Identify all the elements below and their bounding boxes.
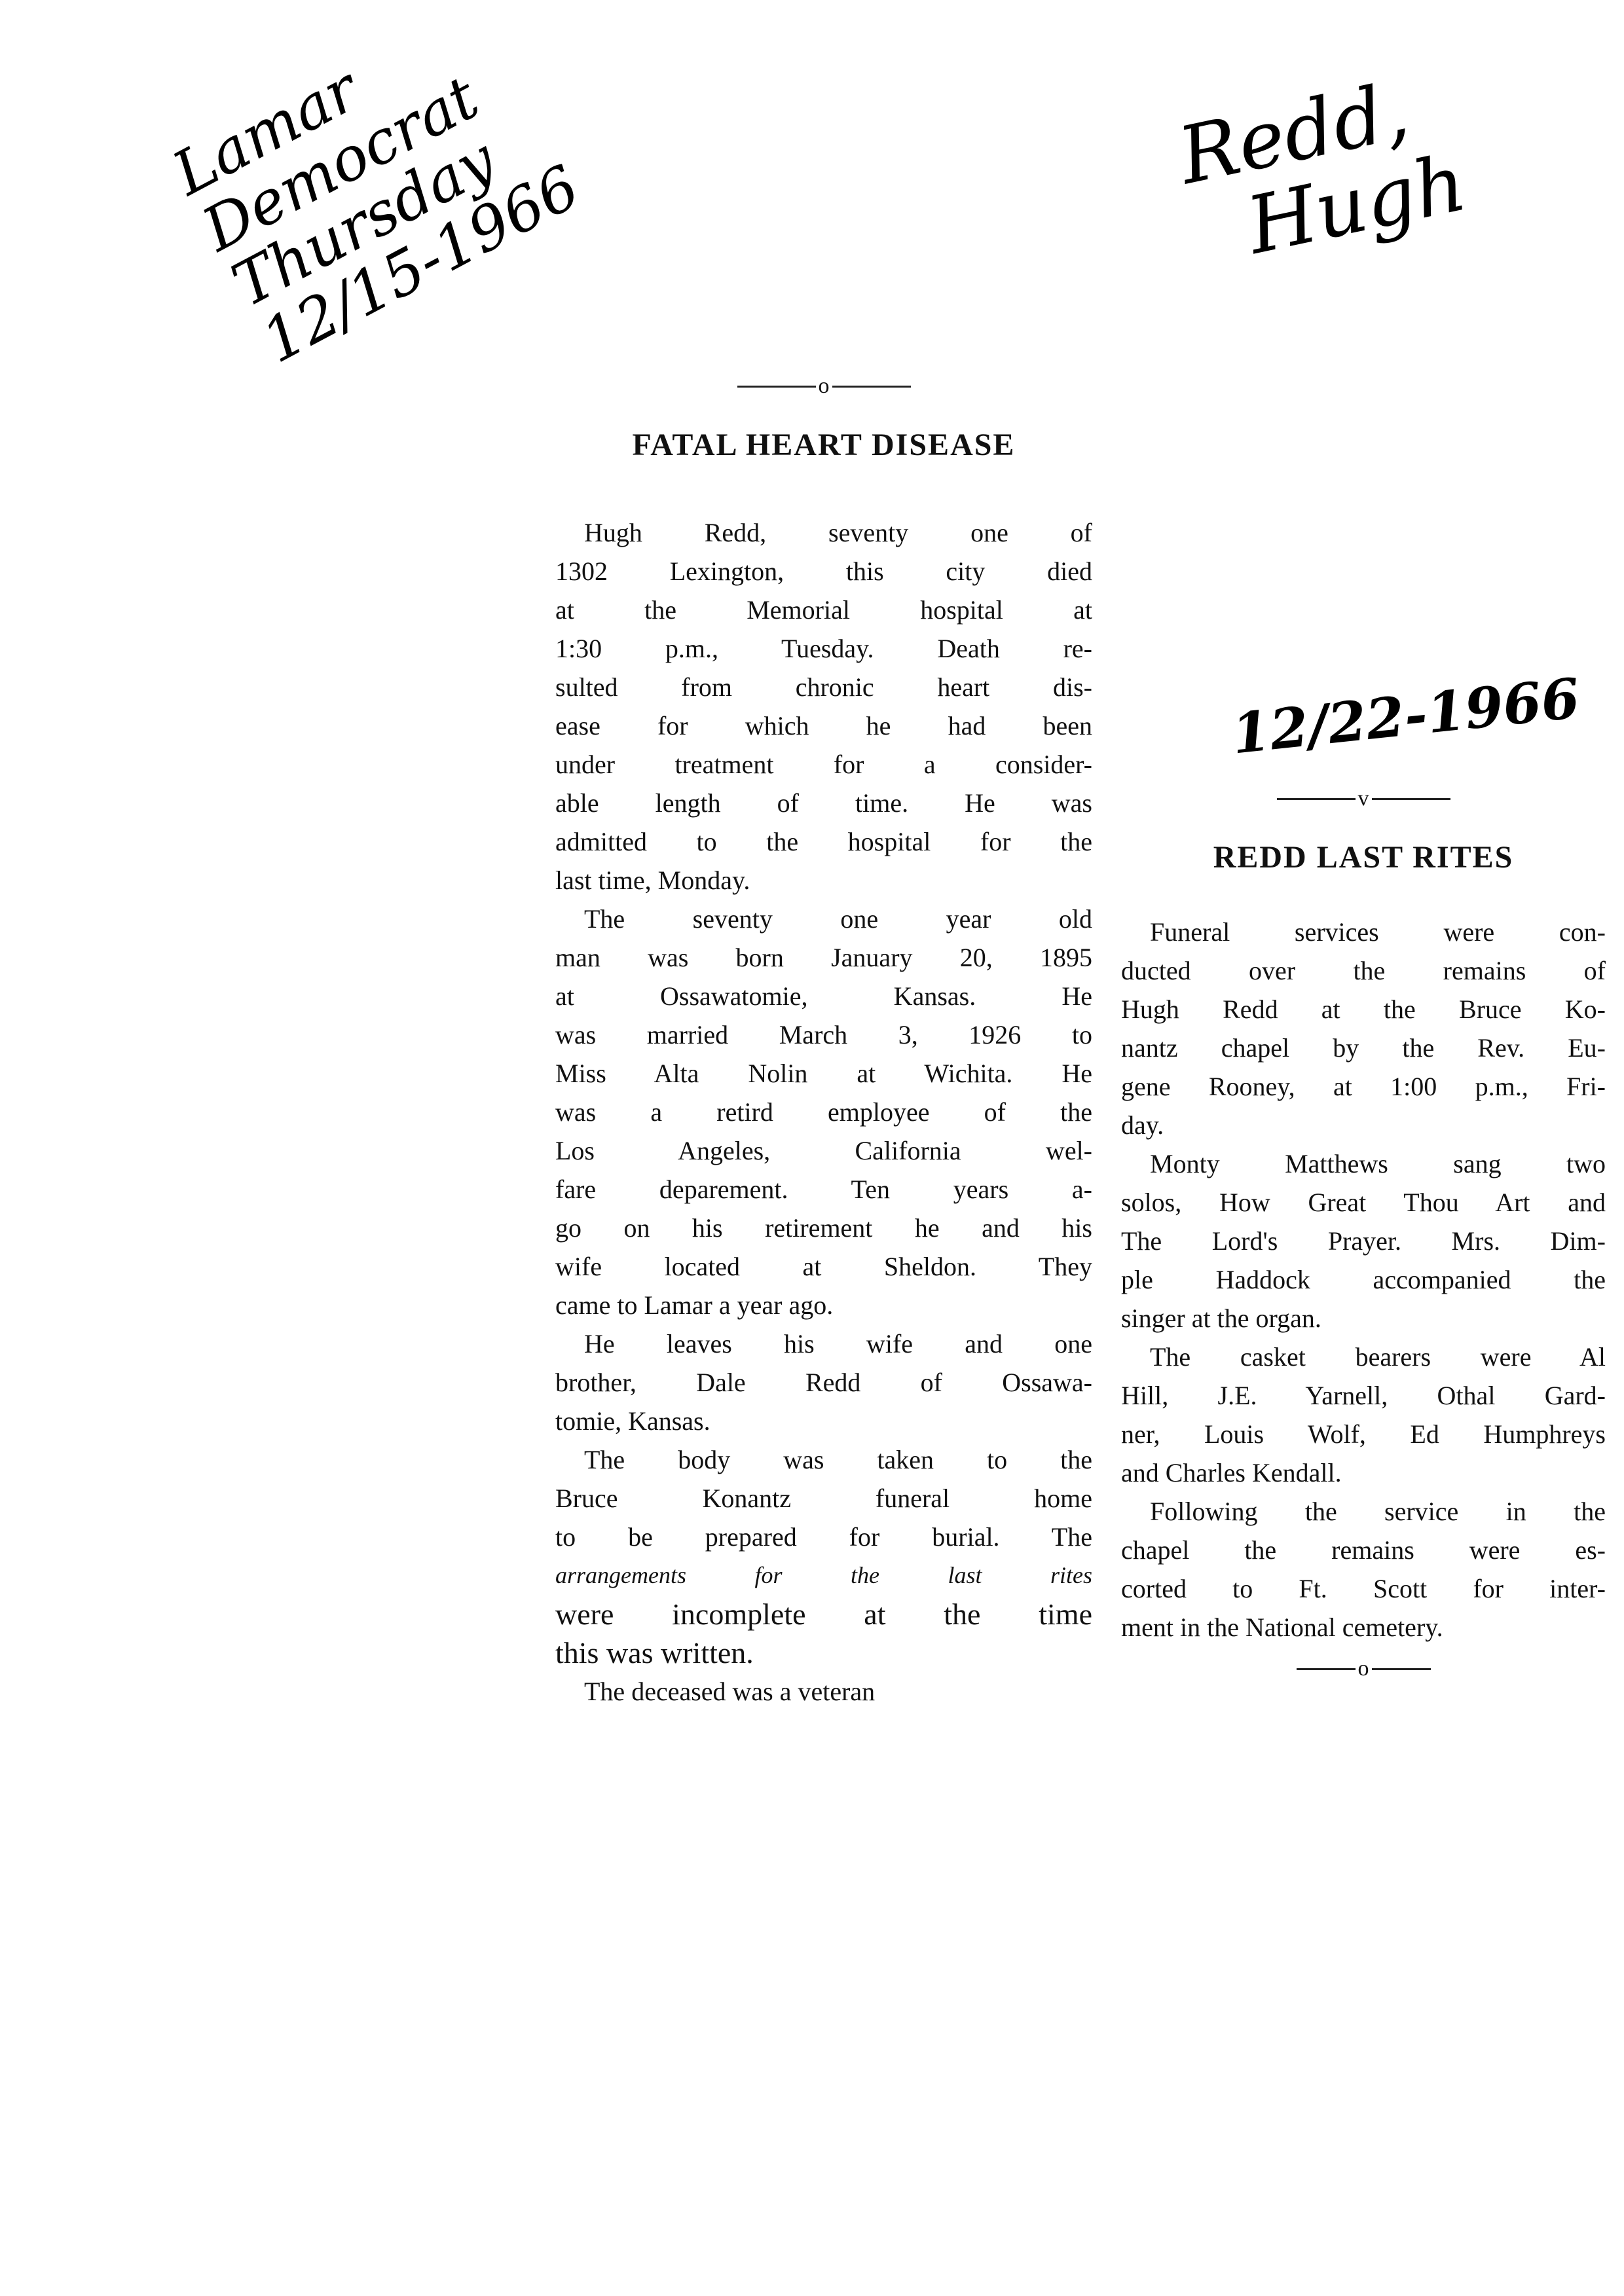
handwritten-second-date: 12/22-1966 bbox=[1229, 669, 1582, 763]
text-line: Los Angeles, California wel- bbox=[555, 1131, 1092, 1170]
text-line: chapel the remains were es- bbox=[1121, 1531, 1606, 1569]
text-line: fare deparement. Ten years a- bbox=[555, 1170, 1092, 1209]
text-line: wife located at Sheldon. They bbox=[555, 1247, 1092, 1286]
text-line: last time, Monday. bbox=[555, 861, 1092, 900]
text-line: nantz chapel by the Rev. Eu- bbox=[1121, 1029, 1606, 1067]
text-line: Miss Alta Nolin at Wichita. He bbox=[555, 1054, 1092, 1093]
text-line: came to Lamar a year ago. bbox=[555, 1286, 1092, 1324]
text-line: Hill, J.E. Yarnell, Othal Gard- bbox=[1121, 1376, 1606, 1415]
text-line: ple Haddock accompanied the bbox=[1121, 1260, 1606, 1299]
text-line: and Charles Kendall. bbox=[1121, 1453, 1606, 1492]
text-line: Hugh Redd, seventy one of bbox=[555, 513, 1092, 552]
text-line: man was born January 20, 1895 bbox=[555, 938, 1092, 977]
text-line: Hugh Redd at the Bruce Ko- bbox=[1121, 990, 1606, 1029]
text-line: was married March 3, 1926 to bbox=[555, 1015, 1092, 1054]
text-line: day. bbox=[1121, 1106, 1606, 1144]
paragraph: The body was taken to theBruce Konantz f… bbox=[555, 1440, 1092, 1672]
text-line: arrangements for the last rites bbox=[555, 1556, 1092, 1595]
paragraph: The casket bearers were AlHill, J.E. Yar… bbox=[1121, 1338, 1606, 1492]
paragraph: He leaves his wife and onebrother, Dale … bbox=[555, 1324, 1092, 1440]
paragraph: Monty Matthews sang twosolos, How Great … bbox=[1121, 1144, 1606, 1338]
text-line: The seventy one year old bbox=[555, 900, 1092, 938]
text-line: The deceased was a veteran bbox=[555, 1672, 1092, 1711]
text-line: able length of time. He was bbox=[555, 784, 1092, 822]
paragraph: Hugh Redd, seventy one of1302 Lexington,… bbox=[555, 513, 1092, 900]
text-line: He leaves his wife and one bbox=[555, 1324, 1092, 1363]
text-line: ducted over the remains of bbox=[1121, 951, 1606, 990]
article-headline: FATAL HEART DISEASE bbox=[555, 426, 1092, 464]
article-fatal-heart-disease: o FATAL HEART DISEASE Hugh Redd, seventy… bbox=[555, 373, 1092, 1711]
text-line: admitted to the hospital for the bbox=[555, 822, 1092, 861]
text-line: corted to Ft. Scott for inter- bbox=[1121, 1569, 1606, 1608]
text-line: was a retird employee of the bbox=[555, 1093, 1092, 1131]
paragraph: Following the service in thechapel the r… bbox=[1121, 1492, 1606, 1647]
text-line: 1302 Lexington, this city died bbox=[555, 552, 1092, 591]
text-line: at Ossawatomie, Kansas. He bbox=[555, 977, 1092, 1015]
text-line: The Lord's Prayer. Mrs. Dim- bbox=[1121, 1222, 1606, 1260]
article-body: Funeral services were con-ducted over th… bbox=[1121, 913, 1606, 1647]
text-line: gene Rooney, at 1:00 p.m., Fri- bbox=[1121, 1067, 1606, 1106]
handwritten-source-note: Lamar Democrat Thursday 12/15-1966 bbox=[164, 0, 589, 374]
ornament-divider: o bbox=[555, 373, 1092, 399]
text-line: Monty Matthews sang two bbox=[1121, 1144, 1606, 1183]
text-line: tomie, Kansas. bbox=[555, 1402, 1092, 1440]
text-line: singer at the organ. bbox=[1121, 1299, 1606, 1338]
article-headline: REDD LAST RITES bbox=[1121, 838, 1606, 877]
text-line: ner, Louis Wolf, Ed Humphreys bbox=[1121, 1415, 1606, 1453]
text-line: were incomplete at the time bbox=[555, 1595, 1092, 1633]
text-line: ease for which he had been bbox=[555, 706, 1092, 745]
text-line: Following the service in the bbox=[1121, 1492, 1606, 1531]
text-line: Bruce Konantz funeral home bbox=[555, 1479, 1092, 1518]
paragraph: Funeral services were con-ducted over th… bbox=[1121, 913, 1606, 1144]
text-line: under treatment for a consider- bbox=[555, 745, 1092, 784]
text-line: go on his retirement he and his bbox=[555, 1209, 1092, 1247]
ornament-divider-bottom: o bbox=[1121, 1656, 1606, 1682]
text-line: The casket bearers were Al bbox=[1121, 1338, 1606, 1376]
ornament-divider: v bbox=[1121, 786, 1606, 812]
text-line: The body was taken to the bbox=[555, 1440, 1092, 1479]
text-line: 1:30 p.m., Tuesday. Death re- bbox=[555, 629, 1092, 668]
article-body: Hugh Redd, seventy one of1302 Lexington,… bbox=[555, 513, 1092, 1711]
text-line: Funeral services were con- bbox=[1121, 913, 1606, 951]
text-line: at the Memorial hospital at bbox=[555, 591, 1092, 629]
text-line: ment in the National cemetery. bbox=[1121, 1608, 1606, 1647]
text-line: solos, How Great Thou Art and bbox=[1121, 1183, 1606, 1222]
text-line: this was written. bbox=[555, 1633, 1092, 1672]
paragraph: The deceased was a veteran bbox=[555, 1672, 1092, 1711]
text-line: brother, Dale Redd of Ossawa- bbox=[555, 1363, 1092, 1402]
handwritten-name-note: Redd, Hugh bbox=[1172, 61, 1473, 279]
text-line: sulted from chronic heart dis- bbox=[555, 668, 1092, 706]
article-redd-last-rites: v REDD LAST RITES Funeral services were … bbox=[1121, 786, 1606, 1682]
text-line: to be prepared for burial. The bbox=[555, 1518, 1092, 1556]
paragraph: The seventy one year oldman was born Jan… bbox=[555, 900, 1092, 1324]
